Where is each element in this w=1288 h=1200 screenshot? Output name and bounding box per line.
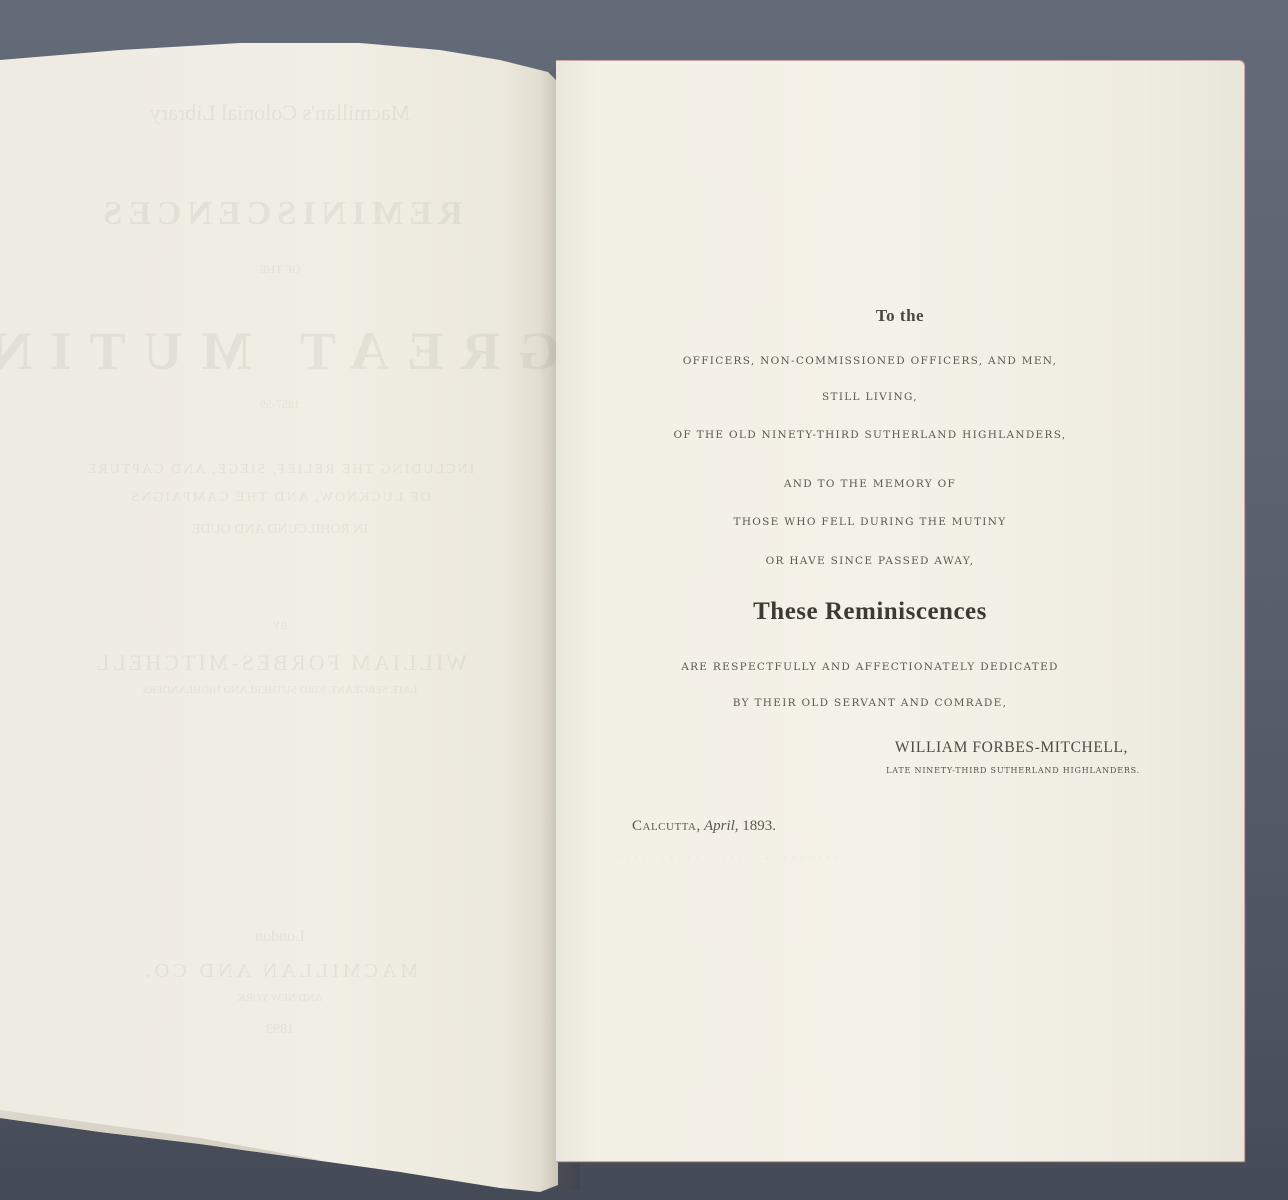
right-page-dedication: · · · · · · · · · · · · · · · · · · · · …: [556, 60, 1245, 1162]
dedication-to-the: To the: [556, 306, 1244, 326]
place-and-date: Calcutta, April, 1893.: [632, 818, 776, 835]
bleed-years: 1857-59: [0, 397, 560, 412]
year: 1893.: [742, 818, 776, 834]
bleed-great-mutiny: GREAT MUTINY: [0, 320, 560, 382]
bleed-author: WILLIAM FORBES-MITCHELL: [0, 650, 560, 676]
dedication-line-1: OFFICERS, NON-COMMISSIONED OFFICERS, AND…: [526, 355, 1214, 367]
bleed-year: 1893: [0, 1022, 560, 1038]
dedication-line-5: THOSE WHO FELL DURING THE MUTINY: [526, 516, 1214, 528]
place: Calcutta: [632, 818, 696, 834]
bleed-city: London: [0, 928, 560, 946]
bleed-reminiscences: REMINISCENCES: [0, 195, 560, 233]
faint-bleed-line: · · · · · · · · · · · · · · · · · · · · …: [616, 851, 1196, 868]
bleed-subtitle-2: OF LUCKNOW, AND THE CAMPAIGNS: [0, 490, 560, 506]
these-reminiscences-heading: These Reminiscences: [526, 598, 1214, 626]
bleed-series-title: Macmillan's Colonial Library: [0, 100, 560, 126]
left-page-verso: Macmillan's Colonial Library REMINISCENC…: [0, 0, 560, 1200]
dedication-line-2: STILL LIVING,: [526, 391, 1214, 403]
bleed-publisher-2: AND NEW YORK: [0, 992, 560, 1004]
dedication-line-3: OF THE OLD NINETY-THIRD SUTHERLAND HIGHL…: [526, 429, 1214, 441]
author-name: WILLIAM FORBES-MITCHELL,: [895, 739, 1128, 757]
author-regiment: LATE NINETY-THIRD SUTHERLAND HIGHLANDERS…: [886, 766, 1140, 775]
bleed-subtitle-3: IN ROHILCUND AND OUDE: [0, 522, 560, 538]
bleed-author-title: LATE SERGEANT, 93RD SUTHERLAND HIGHLANDE…: [0, 684, 560, 696]
dedication-line-7: ARE RESPECTFULLY AND AFFECTIONATELY DEDI…: [526, 661, 1214, 673]
dedication-line-8: BY THEIR OLD SERVANT AND COMRADE,: [526, 697, 1214, 709]
bleed-by: BY: [0, 620, 560, 632]
bleed-of-the: OF THE: [0, 262, 560, 277]
dedication-line-6: OR HAVE SINCE PASSED AWAY,: [526, 555, 1214, 567]
bleed-subtitle-1: INCLUDING THE RELIEF, SIEGE, AND CAPTURE: [0, 462, 560, 478]
bleed-publisher: MACMILLAN AND CO.: [0, 960, 560, 983]
month: April: [704, 818, 735, 834]
dedication-line-4: AND TO THE MEMORY OF: [526, 478, 1214, 490]
